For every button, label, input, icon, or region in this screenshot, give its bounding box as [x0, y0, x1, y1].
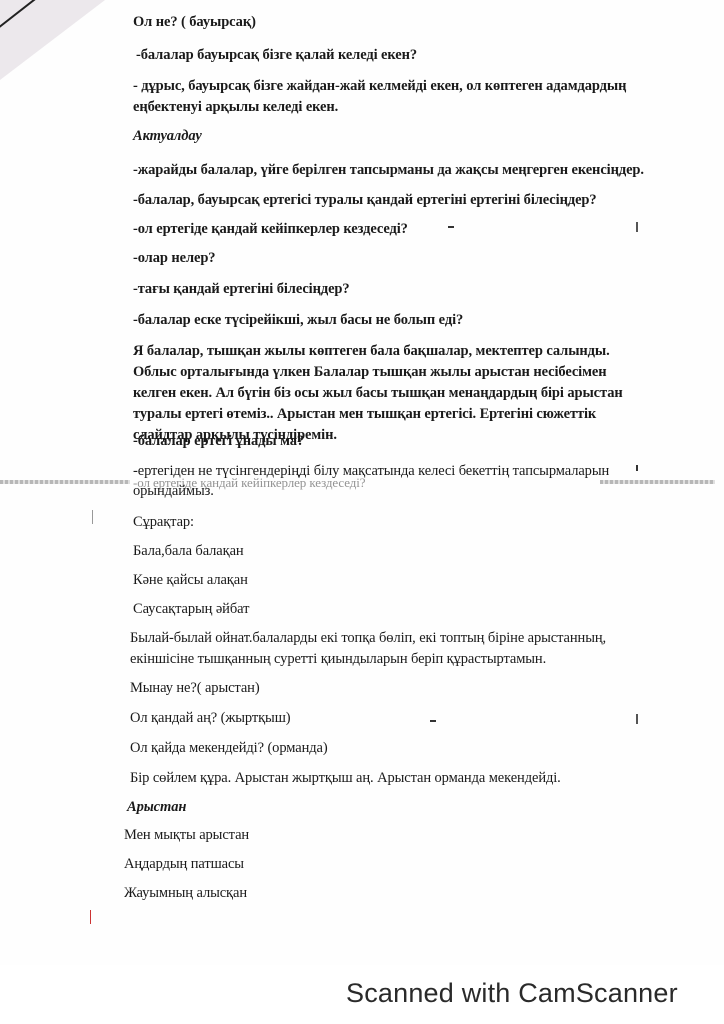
- rhyme-line-3: Саусақтарың әйбат: [133, 599, 249, 620]
- line-liked-tale: -балалар ертегі ұнады ма?: [133, 431, 304, 452]
- scan-speck: [92, 510, 93, 524]
- scan-artifact-left: [0, 480, 130, 484]
- line-how-does-bauyrsak-come: -балалар бауырсақ бізге қалай келеді еке…: [136, 45, 417, 66]
- line-which-tale: -балалар, бауырсақ ертегісі туралы қанда…: [133, 190, 597, 211]
- line-next-station: -ертегіден не түсінгендеріңді білу мақса…: [133, 461, 609, 482]
- scan-speck: [448, 226, 454, 228]
- label-questions: Сұрақтар:: [133, 512, 194, 533]
- poem-line-1: Мен мықты арыстан: [124, 825, 249, 846]
- scan-speck: [636, 222, 638, 232]
- question-what-is-it: Ол не? ( бауырсақ): [133, 12, 256, 33]
- question-what-is-this: Мынау не?( арыстан): [130, 678, 260, 699]
- line-other-tales: -тағы қандай ертегіні білесіңдер?: [133, 279, 350, 300]
- scan-speck: [636, 714, 638, 724]
- section-heading-aktualdau: Актуалдау: [133, 126, 202, 147]
- rhyme-line-2: Кәне қайсы алақан: [133, 570, 248, 591]
- scanned-page: Ол не? ( бауырсақ) -балалар бауырсақ біз…: [0, 0, 724, 965]
- camscanner-watermark: Scanned with CamScanner: [346, 978, 678, 1009]
- line-remember-year: -балалар еске түсірейікші, жыл басы не б…: [133, 310, 463, 331]
- question-what-animal: Ол қандай аң? (жыртқыш): [130, 708, 291, 729]
- para-bauyrsak-answer: - дұрыс, бауырсақ бізге жайдан-жай келме…: [133, 76, 633, 118]
- poem-line-3: Жауымның алысқан: [124, 883, 247, 904]
- scan-speck: [636, 465, 638, 471]
- scan-artifact-right: [600, 480, 715, 484]
- line-characters: -ол ертегіде қандай кейіпкерлер кездесед…: [133, 219, 408, 240]
- line-make-sentence: Бір сөйлем құра. Арыстан жыртқыш аң. Ары…: [130, 768, 561, 789]
- scan-speck: [90, 910, 91, 924]
- para-group-activity: Былай-былай ойнат.балаларды екі топқа бө…: [130, 628, 645, 670]
- line-homework: -жарайды балалар, үйге берілген тапсырма…: [133, 160, 644, 181]
- scan-speck: [430, 720, 436, 722]
- line-perform: орындаймыз.: [133, 481, 214, 502]
- question-where-lives: Ол қайда мекендейді? (орманда): [130, 738, 328, 759]
- rhyme-line-1: Бала,бала балақан: [133, 541, 244, 562]
- line-who-are-they: -олар нелер?: [133, 248, 215, 269]
- poem-line-2: Аңдардың патшасы: [124, 854, 244, 875]
- section-heading-arystan: Арыстан: [127, 797, 186, 818]
